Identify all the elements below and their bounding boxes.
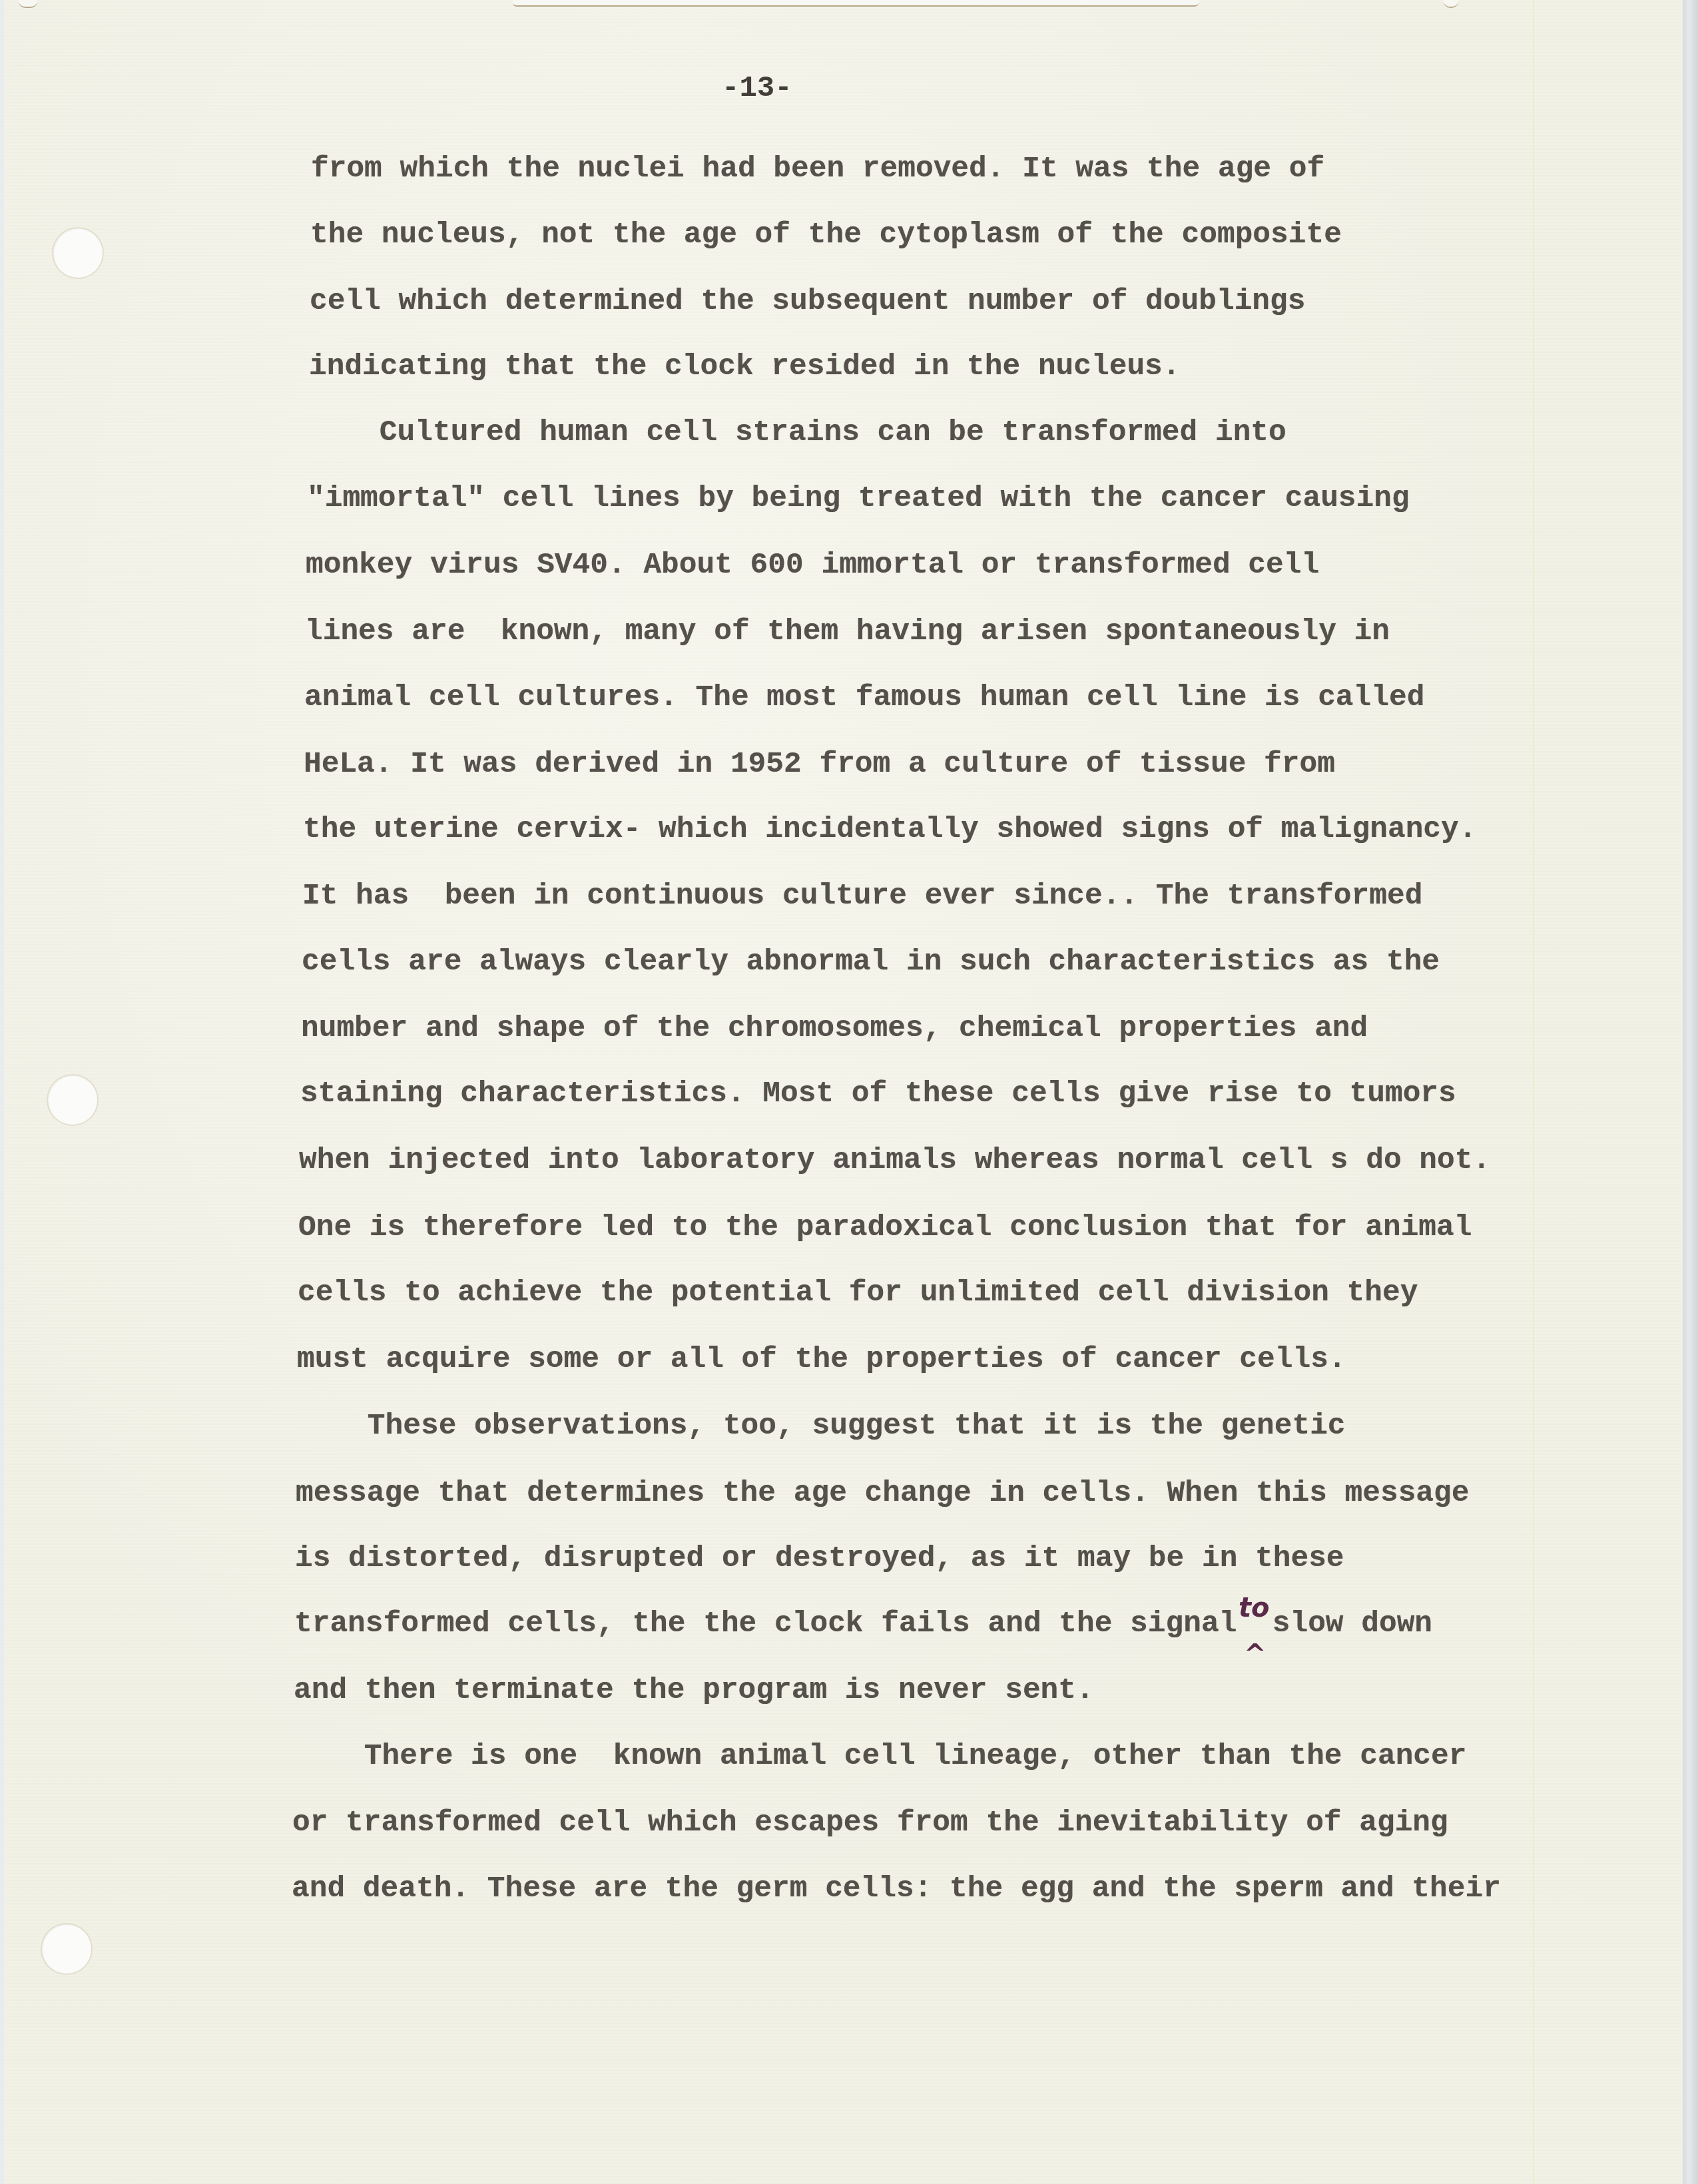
text-line: "immortal" cell lines by being treated w…: [307, 484, 1410, 514]
handwritten-insertion-to: to: [1239, 1593, 1270, 1623]
text-line: indicating that the clock resided in the…: [309, 352, 1181, 382]
punch-hole-bottom: [42, 1924, 91, 1974]
text-line: cell which determined the subsequent num…: [310, 287, 1305, 317]
text-line: the nucleus, not the age of the cytoplas…: [310, 220, 1342, 250]
text-line: and death. These are the germ cells: the…: [292, 1874, 1501, 1904]
punch-hole-top: [53, 228, 103, 278]
text-line: from which the nuclei had been removed. …: [311, 154, 1324, 184]
paragraph-start-line: Cultured human cell strains can be trans…: [308, 418, 1286, 448]
text-line: the uterine cervix- which incidentally s…: [303, 815, 1477, 845]
punch-hole-middle: [48, 1075, 97, 1125]
paper-fold-line: [1533, 0, 1534, 2184]
text-line: cells to achieve the potential for unlim…: [298, 1278, 1418, 1308]
paragraph-start-line: These observations, too, suggest that it…: [296, 1412, 1346, 1442]
text-line: monkey virus SV40. About 600 immortal or…: [306, 551, 1319, 581]
page-number: -13-: [722, 72, 792, 105]
torn-top-edge: [513, 0, 1199, 7]
text-line: cells are always clearly abnormal in suc…: [302, 948, 1440, 977]
scan-left-edge: [0, 0, 4, 2184]
text-line: staining characteristics. Most of these …: [300, 1079, 1456, 1109]
text-line: message that determines the age change i…: [296, 1479, 1470, 1509]
handwritten-caret-icon: ^: [1244, 1639, 1267, 1670]
text-line: It has been in continuous culture ever s…: [302, 882, 1422, 912]
text-line: number and shape of the chromosomes, che…: [301, 1014, 1368, 1044]
text-line: One is therefore led to the paradoxical …: [298, 1213, 1472, 1243]
text-line: animal cell cultures. The most famous hu…: [304, 683, 1424, 713]
text-line: and then terminate the program is never …: [294, 1676, 1094, 1706]
text-line: must acquire some or all of the properti…: [297, 1345, 1346, 1375]
text-line: or transformed cell which escapes from t…: [292, 1808, 1448, 1838]
text-line: HeLa. It was derived in 1952 from a cult…: [304, 750, 1335, 780]
text-line: when injected into laboratory animals wh…: [299, 1146, 1490, 1176]
scan-right-edge: [1683, 0, 1698, 2184]
paragraph-start-line: There is one known animal cell lineage, …: [293, 1742, 1467, 1772]
text-line: lines are known, many of them having ari…: [305, 617, 1390, 647]
text-line: is distorted, disrupted or destroyed, as…: [295, 1544, 1344, 1574]
